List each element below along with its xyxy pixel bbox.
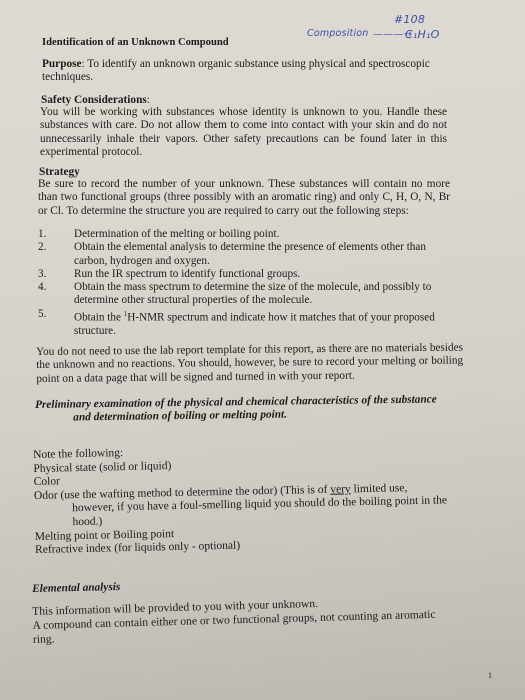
step-number: 2. [38, 241, 74, 268]
observations-list: Note the following: Physical state (soli… [33, 440, 485, 558]
list-item: 3. Run the IR spectrum to identify funct… [38, 268, 458, 281]
handwritten-unknown-number: #108 [394, 13, 425, 26]
step-text-pre: Obtain the [74, 312, 124, 324]
preliminary-heading: Preliminary examination of the physical … [35, 393, 465, 426]
safety-heading-text: Safety Considerations [41, 94, 147, 106]
list-item: 2. Obtain the elemental analysis to dete… [38, 241, 458, 268]
handwritten-formula: C₁H₁O [405, 28, 439, 41]
handwritten-composition-label: Composition [307, 28, 369, 39]
elemental-analysis-paragraph: This information will be provided to you… [32, 592, 493, 647]
purpose-paragraph: Purpose: To identify an unknown organic … [42, 58, 442, 85]
list-item: 1. Determination of the melting or boili… [38, 228, 458, 241]
strategy-paragraph: Be sure to record the number of your unk… [38, 178, 450, 218]
step-number: 3. [38, 268, 74, 281]
safety-heading-colon: : [147, 94, 150, 106]
step-number: 4. [38, 281, 74, 308]
safety-paragraph: You will be working with substances whos… [40, 106, 447, 160]
step-number: 5. [38, 308, 74, 338]
step-text: Run the IR spectrum to identify function… [74, 268, 458, 281]
step-text: Obtain the 1H-NMR spectrum and indicate … [74, 308, 458, 338]
purpose-label: Purpose [42, 58, 82, 70]
document-page: #108 Composition ———→ C₁H₁O Identificati… [0, 0, 525, 700]
step-number: 1. [38, 228, 74, 241]
step-text-post: H-NMR spectrum and indicate how it match… [74, 312, 435, 337]
odor-text-post: limited use, [351, 482, 408, 495]
step-text: Determination of the melting or boiling … [74, 228, 458, 241]
document-title: Identification of an Unknown Compound [42, 36, 229, 49]
odor-emphasis: very [330, 483, 351, 495]
lab-report-note: You do not need to use the lab report te… [36, 342, 463, 387]
strategy-steps-list: 1. Determination of the melting or boili… [38, 228, 458, 338]
purpose-text: : To identify an unknown organic substan… [42, 58, 430, 83]
page-number: 1 [488, 669, 492, 682]
list-item: 4. Obtain the mass spectrum to determine… [38, 281, 458, 308]
step-text: Obtain the elemental analysis to determi… [74, 241, 458, 268]
step-text: Obtain the mass spectrum to determine th… [74, 281, 458, 308]
elemental-analysis-heading: Elemental analysis [32, 581, 120, 596]
list-item: 5. Obtain the 1H-NMR spectrum and indica… [38, 308, 458, 338]
